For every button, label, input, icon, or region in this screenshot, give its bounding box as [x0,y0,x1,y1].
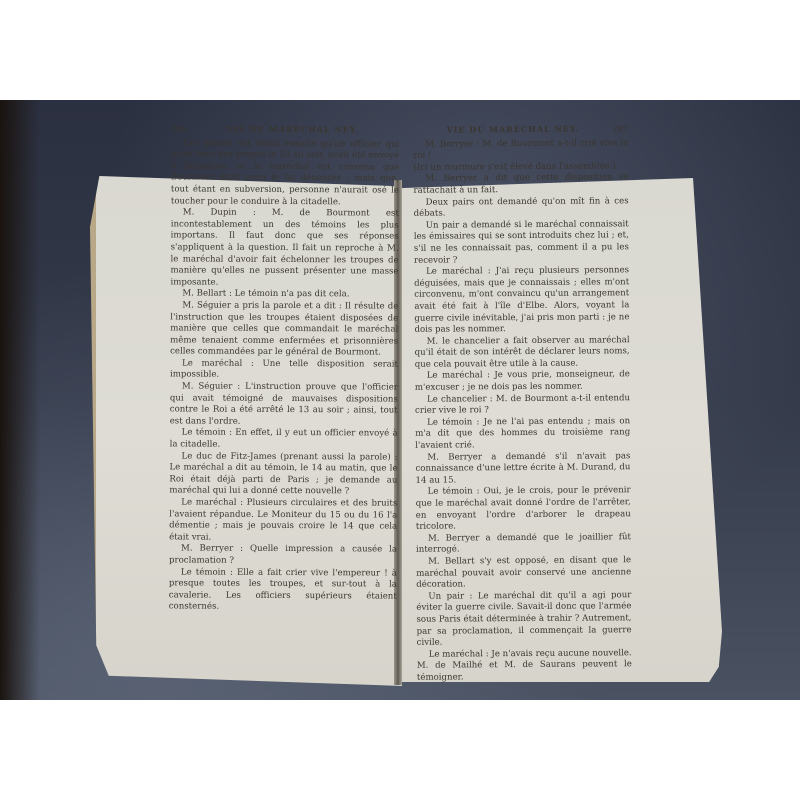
paragraph: M. Berryer : M. de Bourmont a-t-il crié … [413,138,628,163]
paragraph: Le maréchal : Je n'avais reçu aucune nou… [417,648,632,684]
paragraph: M. Séguier a pris la parole et a dit : I… [170,300,398,359]
paragraph: Les débats ont établi ensuite qu'un offi… [171,138,399,209]
paragraph: M. Dupin : M. de Bourmont est incontesta… [170,208,398,290]
left-page-text: 286 VIE DU MARÉCHAL NEY. Les débats ont … [169,123,400,614]
right-page-text: VIE DU MARÉCHAL NEY. 287 M. Berryer : M.… [413,123,632,684]
paragraph: M. Séguier : L'instruction prouve que l'… [170,381,398,429]
paragraph: Un pair a demandé si le maréchal connais… [414,219,629,267]
right-page-number: 287 [613,123,628,135]
paragraph: Le témoin : Oui, je le crois, pour le pr… [416,486,631,534]
paragraph: Deux pairs ont demandé qu'on mît fin à c… [414,196,629,221]
paragraph: M. Berryer a demandé s'il n'avait pas co… [415,451,630,487]
left-running-head: 286 VIE DU MARÉCHAL NEY. [171,123,399,136]
paragraph: M. Berryer : Quelle impression a causée … [169,544,397,568]
book-photo [0,100,800,700]
paragraph: Le maréchal : Plusieurs circulaires et d… [169,497,397,545]
paragraph: M. Berryer a demandé que le joaillier fû… [416,532,631,557]
left-running-title: VIE DU MARÉCHAL NEY. [226,124,359,136]
paragraph: Le maréchal : Une telle disposition sera… [170,358,398,382]
paragraph: Le maréchal : J'ai reçu plusieurs person… [414,265,629,336]
paragraph: Le chancelier : M. de Bourmont a-t-il en… [415,393,630,418]
right-running-head: VIE DU MARÉCHAL NEY. 287 [413,123,628,136]
paragraph: Le témoin : Je ne l'ai pas entendu ; mai… [415,416,630,452]
paragraph: M. Berryer a dit que cette disposition s… [413,173,628,198]
paragraph: M. le chancelier a fait observer au maré… [415,335,630,371]
paragraph: Le maréchal : Je vous prie, monseigneur,… [415,370,630,395]
paragraph: M. Bellart s'y est opposé, en disant que… [416,555,631,591]
right-running-title: VIE DU MARÉCHAL NEY. [447,124,580,137]
table-edge-shadow [0,100,40,700]
paragraph: Le témoin : En effet, il y eut un offici… [170,428,398,452]
paragraph: Le duc de Fitz-James (prenant aussi la p… [169,451,397,499]
left-page-number: 286 [171,123,186,135]
paragraph: Le témoin : Elle a fait crier vive l'emp… [169,567,397,615]
paragraph: Un pair : Le maréchal dit qu'il a agi po… [416,590,631,649]
